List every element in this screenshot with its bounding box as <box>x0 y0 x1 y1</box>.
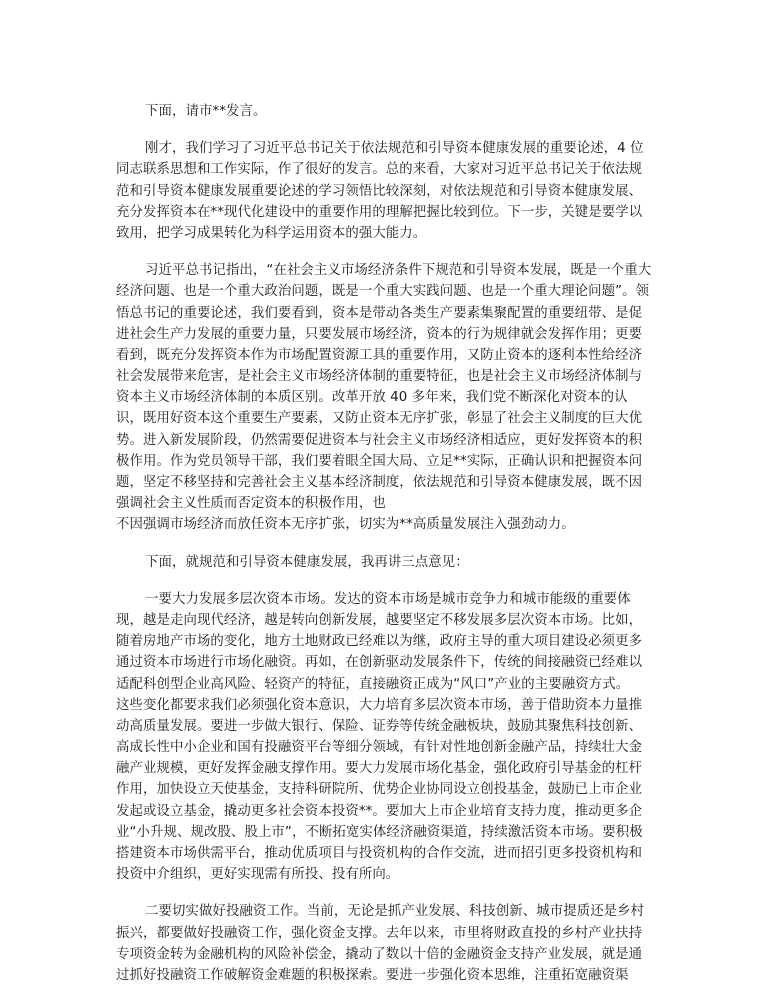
text-line: 现，越是走向现代经济，越是转向创新发展，越要坚定不移发展多层次资本市场。比如， <box>116 610 656 631</box>
text-line: 通过资本市场进行市场化融资。再如，在创新驱动发展条件下，传统的间接融资已经难以 <box>116 652 656 673</box>
quote-paragraph: 习近平总书记指出，“在社会主义市场经济条件下规范和引导资本发展，既是一个重大经济… <box>116 260 656 535</box>
intro-paragraph: 下面，请市**发言。 <box>116 101 656 122</box>
text-line: 进社会生产力发展的重要力量，只要发展市场经济，资本的行为规律就会发挥作用；更要 <box>116 324 656 345</box>
text-line: 充分发挥资本在**现代化建设中的重要作用的理解把握比较到位。下一步，关键是要学以 <box>116 202 656 223</box>
point-two-paragraph: 二要切实做好投融资工作。当前，无论是抓产业发展、科技创新、城市提质还是乡村振兴，… <box>116 901 656 986</box>
text-line: 振兴，都要做好投融资工作，强化资金支撑。去年以来，市里将财政直投的乡村产业扶持 <box>116 923 656 944</box>
opening-remarks-paragraph: 刚才，我们学习了习近平总书记关于依法规范和引导资本健康发展的重要论述，4 位同志… <box>116 138 656 244</box>
text-line: 刚才，我们学习了习近平总书记关于依法规范和引导资本健康发展的重要论述，4 位 <box>116 138 656 159</box>
text-line: 社会发展带来危害，是社会主义市场经济体制的重要特征，也是社会主义市场经济体制与 <box>116 366 656 387</box>
text-line: 适配科创型企业高风险、轻资产的特征，直接融资正成为“风口”产业的主要融资方式。 <box>116 674 656 695</box>
text-line: 悟总书记的重要论述，我们要看到，资本是带动各类生产要素集聚配置的重要纽带、是促 <box>116 303 656 324</box>
text-line: 范和引导资本健康发展重要论述的学习领悟比较深刻，对依法规范和引导资本健康发展、 <box>116 181 656 202</box>
text-line: 过抓好投融资工作破解资金难题的积极探索。要进一步强化资本思维，注重拓宽融资渠 <box>116 965 656 986</box>
text-line: 下面，就规范和引导资本健康发展，我再讲三点意见： <box>116 552 656 573</box>
text-line: 势。进入新发展阶段，仍然需要促进资本与社会主义市场经济相适应，更好发挥资本的积 <box>116 430 656 451</box>
text-line: 随着房地产市场的变化，地方土地财政已经难以为继，政府主导的重大项目建设必须更多 <box>116 631 656 652</box>
text-line: 融产业规模，更好发挥金融支撑作用。要大力发展市场化基金，强化政府引导基金的杠杆 <box>116 758 656 779</box>
text-line: 下面，请市**发言。 <box>116 101 656 122</box>
text-line: 致用，把学习成果转化为科学运用资本的强大能力。 <box>116 223 656 244</box>
text-line: 同志联系思想和工作实际，作了很好的发言。总的来看，大家对习近平总书记关于依法规 <box>116 159 656 180</box>
text-line: 极作用。作为党员领导干部，我们要着眼全国大局、立足**实际，正确认识和把握资本问 <box>116 451 656 472</box>
text-line: 动高质量发展。要进一步做大银行、保险、证券等传统金融板块，鼓励其聚焦科技创新、 <box>116 716 656 737</box>
text-line: 识，既用好资本这个重要生产要素，又防止资本无序扩张，彰显了社会主义制度的巨大优 <box>116 408 656 429</box>
text-line: 二要切实做好投融资工作。当前，无论是抓产业发展、科技创新、城市提质还是乡村 <box>116 901 656 922</box>
text-line: 搭建资本市场供需平台，推动优质项目与投资机构的合作交流，进而招引更多投资机构和 <box>116 843 656 864</box>
text-line: 题，坚定不移坚持和完善社会主义基本经济制度，依法规范和引导资本健康发展，既不因 <box>116 472 656 493</box>
text-line: 资本主义市场经济体制的本质区别。改革开放 40 多年来，我们党不断深化对资本的认 <box>116 387 656 408</box>
text-line: 作用，加快设立天使基金，支持科研院所、优势企业协同设立创投基金，鼓励已上市企业 <box>116 779 656 800</box>
text-line: 不因强调市场经济而放任资本无序扩张，切实为**高质量发展注入强劲动力。 <box>116 514 656 535</box>
text-line: 看到，既充分发挥资本作为市场配置资源工具的重要作用，又防止资本的逐利本性给经济 <box>116 345 656 366</box>
text-line: 强调社会主义性质而否定资本的积极作用，也 <box>116 493 656 514</box>
point-one-paragraph: 一要大力发展多层次资本市场。发达的资本市场是城市竞争力和城市能级的重要体现，越是… <box>116 589 656 886</box>
text-line: 高成长性中小企业和国有投融资平台等细分领域，有针对性地创新金融产品，持续壮大金 <box>116 737 656 758</box>
text-line: 发起或设立基金，撬动更多社会资本投资**。要加大上市企业培育支持力度，推动更多企 <box>116 801 656 822</box>
text-line: 这些变化都要求我们必须强化资本意识，大力培育多层次资本市场，善于借助资本力量推 <box>116 695 656 716</box>
text-line: 投资中介组织，更好实现需有所投、投有所向。 <box>116 864 656 885</box>
text-line: 经济问题、也是一个重大政治问题，既是一个重大实践问题、也是一个重大理论问题”。领 <box>116 281 656 302</box>
three-points-intro-paragraph: 下面，就规范和引导资本健康发展，我再讲三点意见： <box>116 552 656 573</box>
document-page: 下面，请市**发言。刚才，我们学习了习近平总书记关于依法规范和引导资本健康发展的… <box>116 101 656 1000</box>
text-line: 一要大力发展多层次资本市场。发达的资本市场是城市竞争力和城市能级的重要体 <box>116 589 656 610</box>
text-line: 专项资金转为金融机构的风险补偿金，撬动了数以十倍的金融资金支持产业发展，就是通 <box>116 944 656 965</box>
text-line: 业“小升规、规改股、股上市”，不断拓宽实体经济融资渠道，持续激活资本市场。要积极 <box>116 822 656 843</box>
text-line: 习近平总书记指出，“在社会主义市场经济条件下规范和引导资本发展，既是一个重大 <box>116 260 656 281</box>
